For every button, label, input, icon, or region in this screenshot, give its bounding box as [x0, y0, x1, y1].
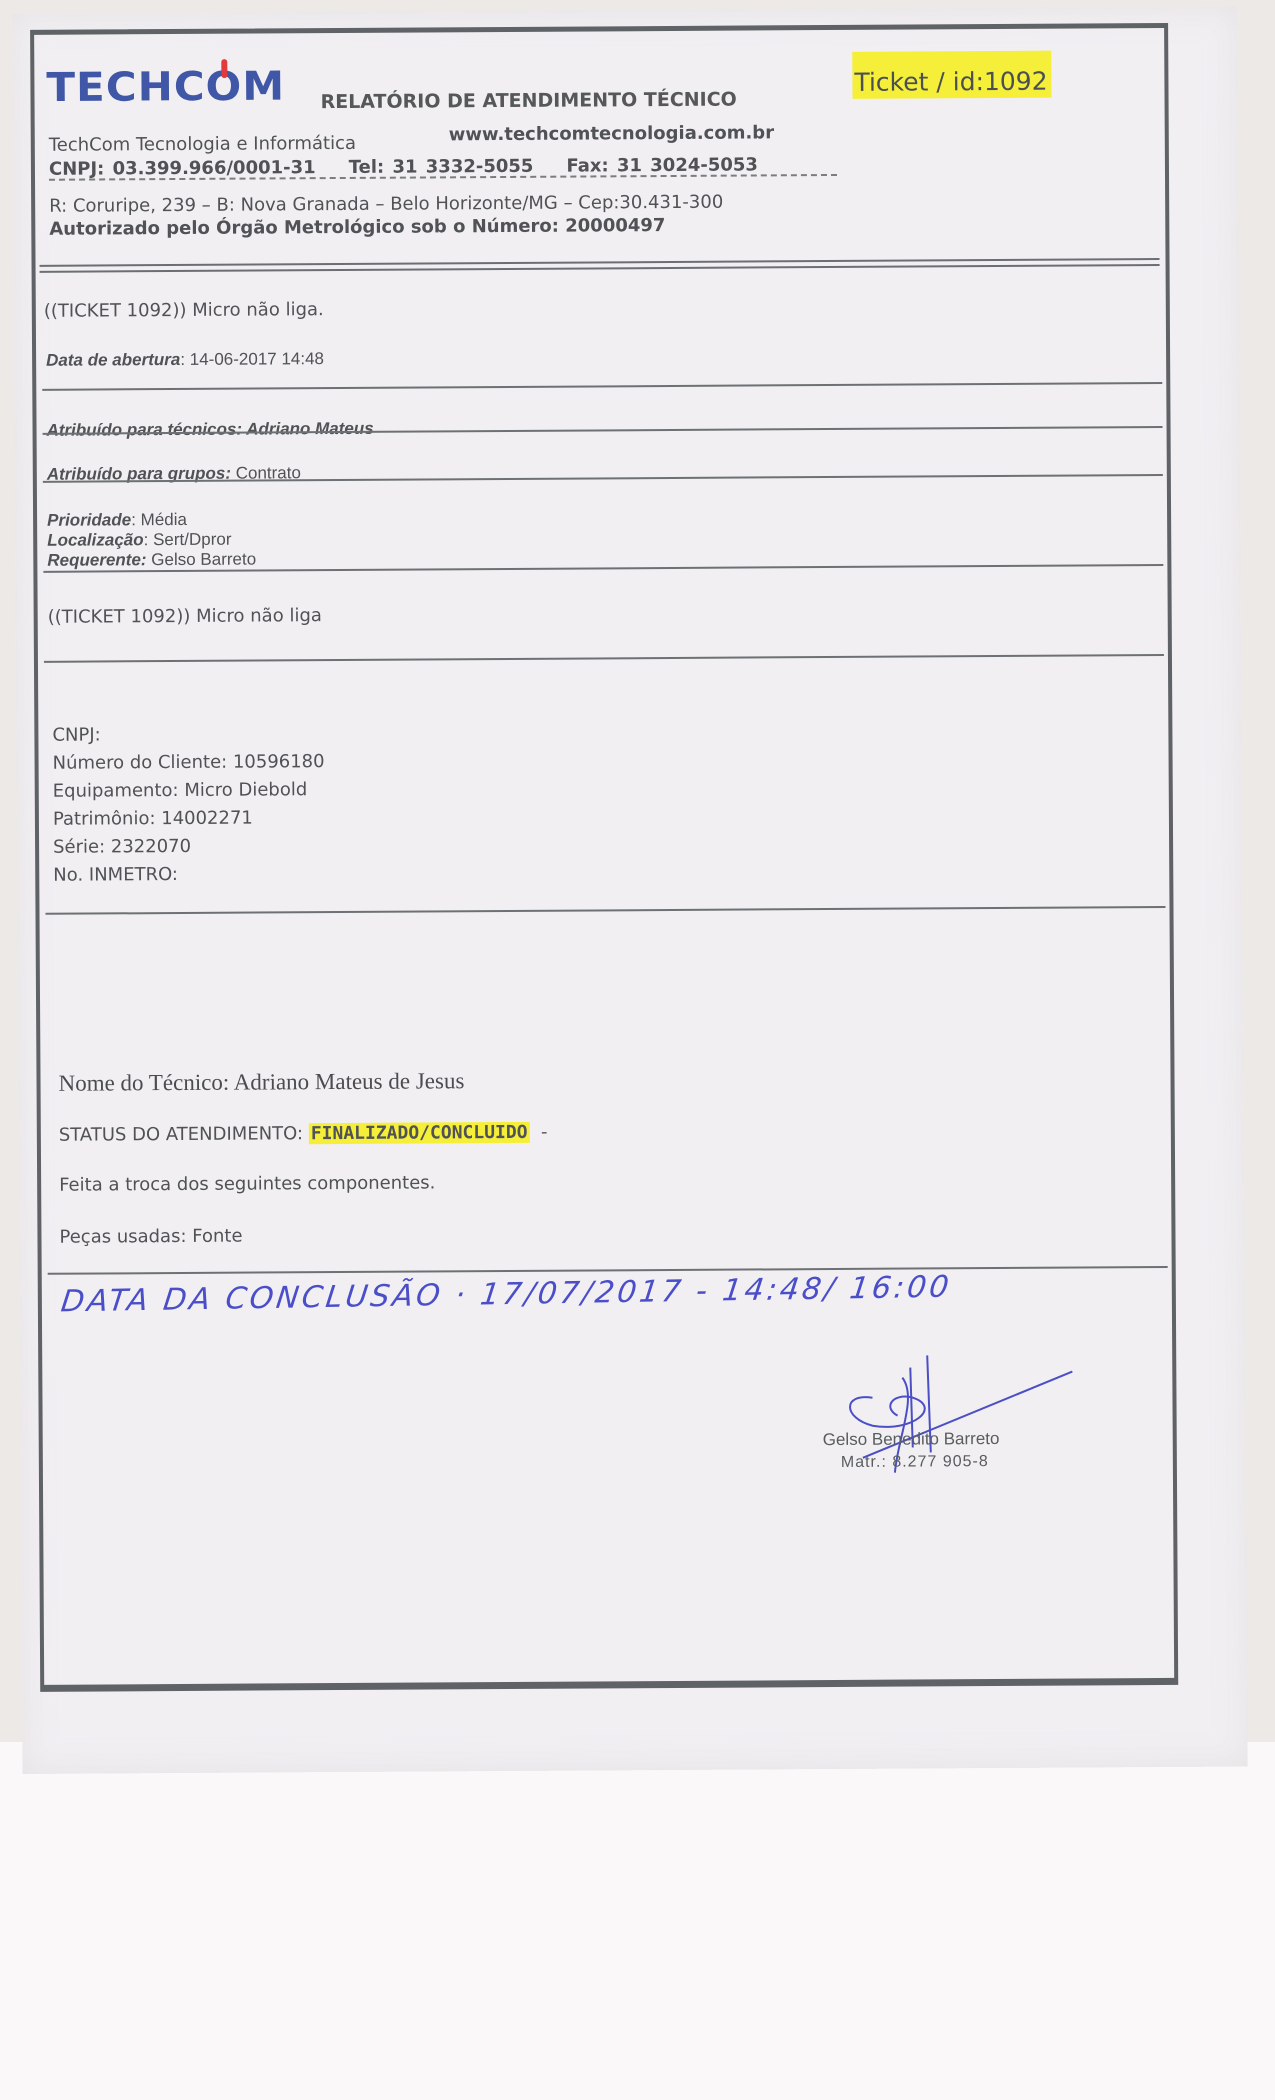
handwritten-conclusion-date: DATA DA CONCLUSÃO · 17/07/2017 - 14:48/ … [59, 1270, 954, 1320]
assigned-technicians-text: Atribuído para técnicos: Adriano Mateus [46, 419, 373, 440]
status-suffix: - [529, 1122, 547, 1143]
power-icon-stem [221, 59, 227, 78]
location-label: Localização [47, 530, 143, 550]
status-badge: FINALIZADO/CONCLUIDO [309, 1122, 530, 1144]
header-double-divider [40, 258, 1160, 273]
stamp-name: Gelso Benedito Barreto [823, 1429, 1000, 1450]
work-performed: Feita a troca dos seguintes componentes. [59, 1172, 435, 1195]
ticket-id-badge: Ticket / id:1092 [852, 51, 1051, 99]
requester-label: Requerente: [47, 550, 146, 570]
opening-date-label: Data de abertura [46, 350, 180, 370]
service-status: STATUS DO ATENDIMENTO: FINALIZADO/CONCLU… [59, 1122, 548, 1146]
technician-name: Nome do Técnico: Adriano Mateus de Jesus [58, 1068, 464, 1096]
location-value: : Sert/Dpror [144, 530, 232, 550]
priority-label: Prioridade [47, 510, 131, 530]
location: Localização: Sert/Dpror [47, 530, 231, 551]
opening-date-value: : 14-06-2017 14:48 [180, 349, 324, 369]
report-frame: TECHCOM RELATÓRIO DE ATENDIMENTO TÉCNICO… [30, 23, 1178, 1692]
priority: Prioridade: Média [47, 510, 187, 531]
logo-text-prefix: TECHC [46, 63, 205, 111]
company-website: www.techcomtecnologia.com.br [449, 122, 774, 145]
techcom-logo: TECHCOM [46, 63, 285, 111]
metrology-authorization: Autorizado pelo Órgão Metrológico sob o … [49, 215, 665, 240]
assigned-technicians: Atribuído para técnicos: Adriano Mateus [46, 419, 373, 441]
divider [48, 1266, 1168, 1275]
company-address: R: Coruripe, 239 – B: Nova Granada – Bel… [49, 192, 723, 217]
requester-value: Gelso Barreto [146, 550, 256, 570]
divider [42, 382, 1162, 391]
inmetro-number: No. INMETRO: [53, 864, 178, 886]
equipment-model: Equipamento: Micro Diebold [53, 779, 308, 802]
requester: Requerente: Gelso Barreto [47, 550, 256, 571]
divider [45, 906, 1165, 915]
ticket-description: ((TICKET 1092)) Micro não liga [48, 605, 322, 628]
status-label: STATUS DO ATENDIMENTO: [59, 1123, 309, 1146]
client-number: Número do Cliente: 10596180 [53, 751, 325, 774]
patrimony-number: Patrimônio: 14002271 [53, 808, 253, 830]
stamp-registration: Matr.: 8.277 905-8 [841, 1453, 989, 1472]
report-title: RELATÓRIO DE ATENDIMENTO TÉCNICO [320, 89, 736, 114]
document-page: TECHCOM RELATÓRIO DE ATENDIMENTO TÉCNICO… [12, 7, 1248, 1774]
ticket-title: ((TICKET 1092)) Micro não liga. [44, 299, 324, 322]
power-icon: O [205, 63, 242, 110]
client-cnpj: CNPJ: [52, 724, 100, 745]
logo-text-suffix: M [242, 63, 285, 110]
priority-value: : Média [131, 510, 187, 529]
parts-used: Peças usadas: Fonte [59, 1226, 242, 1248]
divider [44, 654, 1164, 663]
serial-number: Série: 2322070 [53, 836, 191, 858]
company-name: TechCom Tecnologia e Informática [49, 133, 356, 156]
opening-date: Data de abertura: 14-06-2017 14:48 [46, 349, 324, 371]
